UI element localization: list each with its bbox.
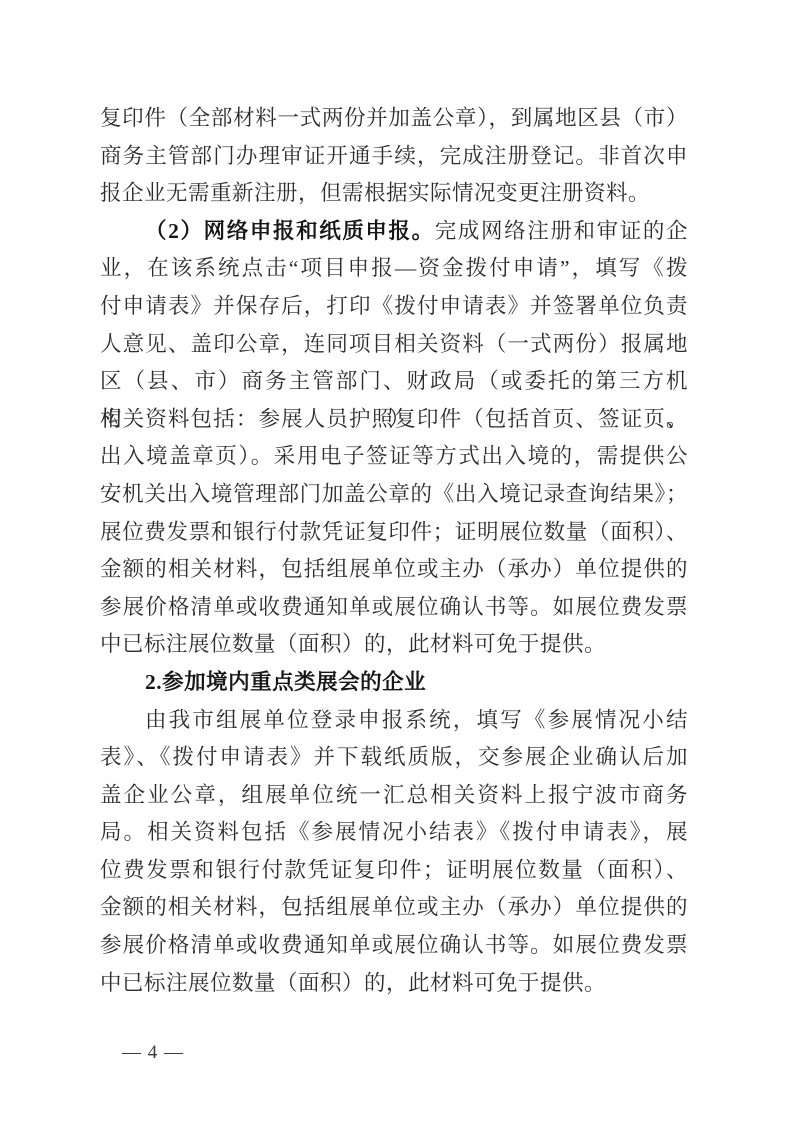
text-segment: 由我市组展单位登录申报系统，填写《参展情况小结 — [145, 708, 688, 732]
text-segment: 局。相关资料包括《参展情况小结表》《拨付申请表》，展 — [100, 820, 688, 844]
text-segment: 复印件（全部材料一式两份并加盖公章），到属地区县（市） — [100, 106, 688, 130]
text-line: 人意见、盖印公章，连同项目相关资料（一式两份）报属地 — [100, 326, 688, 364]
text-line: 区（县、市）商务主管部门、财政局（或委托的第三方机构）。 — [100, 363, 688, 401]
text-segment: 相关资料包括：参展人员护照复印件（包括首页、签证页、 — [100, 407, 688, 431]
document-page: 复印件（全部材料一式两份并加盖公章），到属地区县（市）商务主管部门办理审证开通手… — [0, 0, 800, 1131]
text-segment: 展位费发票和银行付款凭证复印件；证明展位数量（面积）、 — [100, 520, 688, 544]
text-line: 安机关出入境管理部门加盖公章的《出入境记录查询结果》； — [100, 476, 688, 514]
text-segment: 中已标注展位数量（面积）的，此材料可免于提供。 — [100, 971, 606, 995]
text-segment: 参展价格清单或收费通知单或展位确认书等。如展位费发票 — [100, 595, 688, 619]
document-body: 复印件（全部材料一式两份并加盖公章），到属地区县（市）商务主管部门办理审证开通手… — [100, 100, 688, 1002]
text-segment: 付申请表》并保存后，打印《拨付申请表》并签署单位负责 — [100, 294, 688, 318]
text-line: 中已标注展位数量（面积）的，此材料可免于提供。 — [100, 965, 688, 1003]
text-segment: 完成网络注册和审证的企 — [435, 219, 688, 243]
text-segment: 表》、《拨付申请表》并下载纸质版，交参展企业确认后加 — [100, 745, 688, 769]
text-line: 复印件（全部材料一式两份并加盖公章），到属地区县（市） — [100, 100, 688, 138]
text-line: （2）网络申报和纸质申报。完成网络注册和审证的企 — [100, 213, 688, 251]
text-segment: 人意见、盖印公章，连同项目相关资料（一式两份）报属地 — [100, 332, 688, 356]
text-segment: 安机关出入境管理部门加盖公章的《出入境记录查询结果》； — [100, 482, 688, 506]
text-line: 商务主管部门办理审证开通手续，完成注册登记。非首次申 — [100, 138, 688, 176]
text-line: 表》、《拨付申请表》并下载纸质版，交参展企业确认后加 — [100, 739, 688, 777]
text-segment: 商务主管部门办理审证开通手续，完成注册登记。非首次申 — [100, 144, 688, 168]
text-segment: 中已标注展位数量（面积）的，此材料可免于提供。 — [100, 632, 606, 656]
text-line: 中已标注展位数量（面积）的，此材料可免于提供。 — [100, 626, 688, 664]
text-line: 局。相关资料包括《参展情况小结表》《拨付申请表》，展 — [100, 814, 688, 852]
text-line: 2.参加境内重点类展会的企业 — [100, 664, 688, 702]
text-segment: 盖企业公章，组展单位统一汇总相关资料上报宁波市商务 — [100, 783, 688, 807]
text-line: 业，在该系统点击“项目申报—资金拨付申请”，填写《拨 — [100, 250, 688, 288]
text-segment: 位费发票和银行付款凭证复印件；证明展位数量（面积）、 — [100, 858, 688, 882]
text-segment: 出入境盖章页）。采用电子签证等方式出入境的，需提供公 — [100, 444, 688, 468]
text-line: 报企业无需重新注册，但需根据实际情况变更注册资料。 — [100, 175, 688, 213]
bold-text-segment: （2）网络申报和纸质申报。 — [145, 219, 435, 243]
text-segment: 金额的相关材料，包括组展单位或主办（承办）单位提供的 — [100, 895, 688, 919]
text-line: 出入境盖章页）。采用电子签证等方式出入境的，需提供公 — [100, 438, 688, 476]
text-segment: 参展价格清单或收费通知单或展位确认书等。如展位费发票 — [100, 933, 688, 957]
bold-text-segment: 2.参加境内重点类展会的企业 — [145, 670, 426, 694]
text-line: 金额的相关材料，包括组展单位或主办（承办）单位提供的 — [100, 551, 688, 589]
text-line: 参展价格清单或收费通知单或展位确认书等。如展位费发票 — [100, 927, 688, 965]
text-line: 展位费发票和银行付款凭证复印件；证明展位数量（面积）、 — [100, 514, 688, 552]
text-line: 参展价格清单或收费通知单或展位确认书等。如展位费发票 — [100, 589, 688, 627]
text-line: 由我市组展单位登录申报系统，填写《参展情况小结 — [100, 702, 688, 740]
page-number: — 4 — — [122, 1038, 184, 1068]
text-segment: 报企业无需重新注册，但需根据实际情况变更注册资料。 — [100, 181, 650, 205]
text-segment: 业，在该系统点击“项目申报—资金拨付申请”，填写《拨 — [100, 256, 688, 280]
text-line: 盖企业公章，组展单位统一汇总相关资料上报宁波市商务 — [100, 777, 688, 815]
text-line: 付申请表》并保存后，打印《拨付申请表》并签署单位负责 — [100, 288, 688, 326]
text-line: 位费发票和银行付款凭证复印件；证明展位数量（面积）、 — [100, 852, 688, 890]
text-line: 相关资料包括：参展人员护照复印件（包括首页、签证页、 — [100, 401, 688, 439]
text-line: 金额的相关材料，包括组展单位或主办（承办）单位提供的 — [100, 889, 688, 927]
text-segment: 金额的相关材料，包括组展单位或主办（承办）单位提供的 — [100, 557, 688, 581]
